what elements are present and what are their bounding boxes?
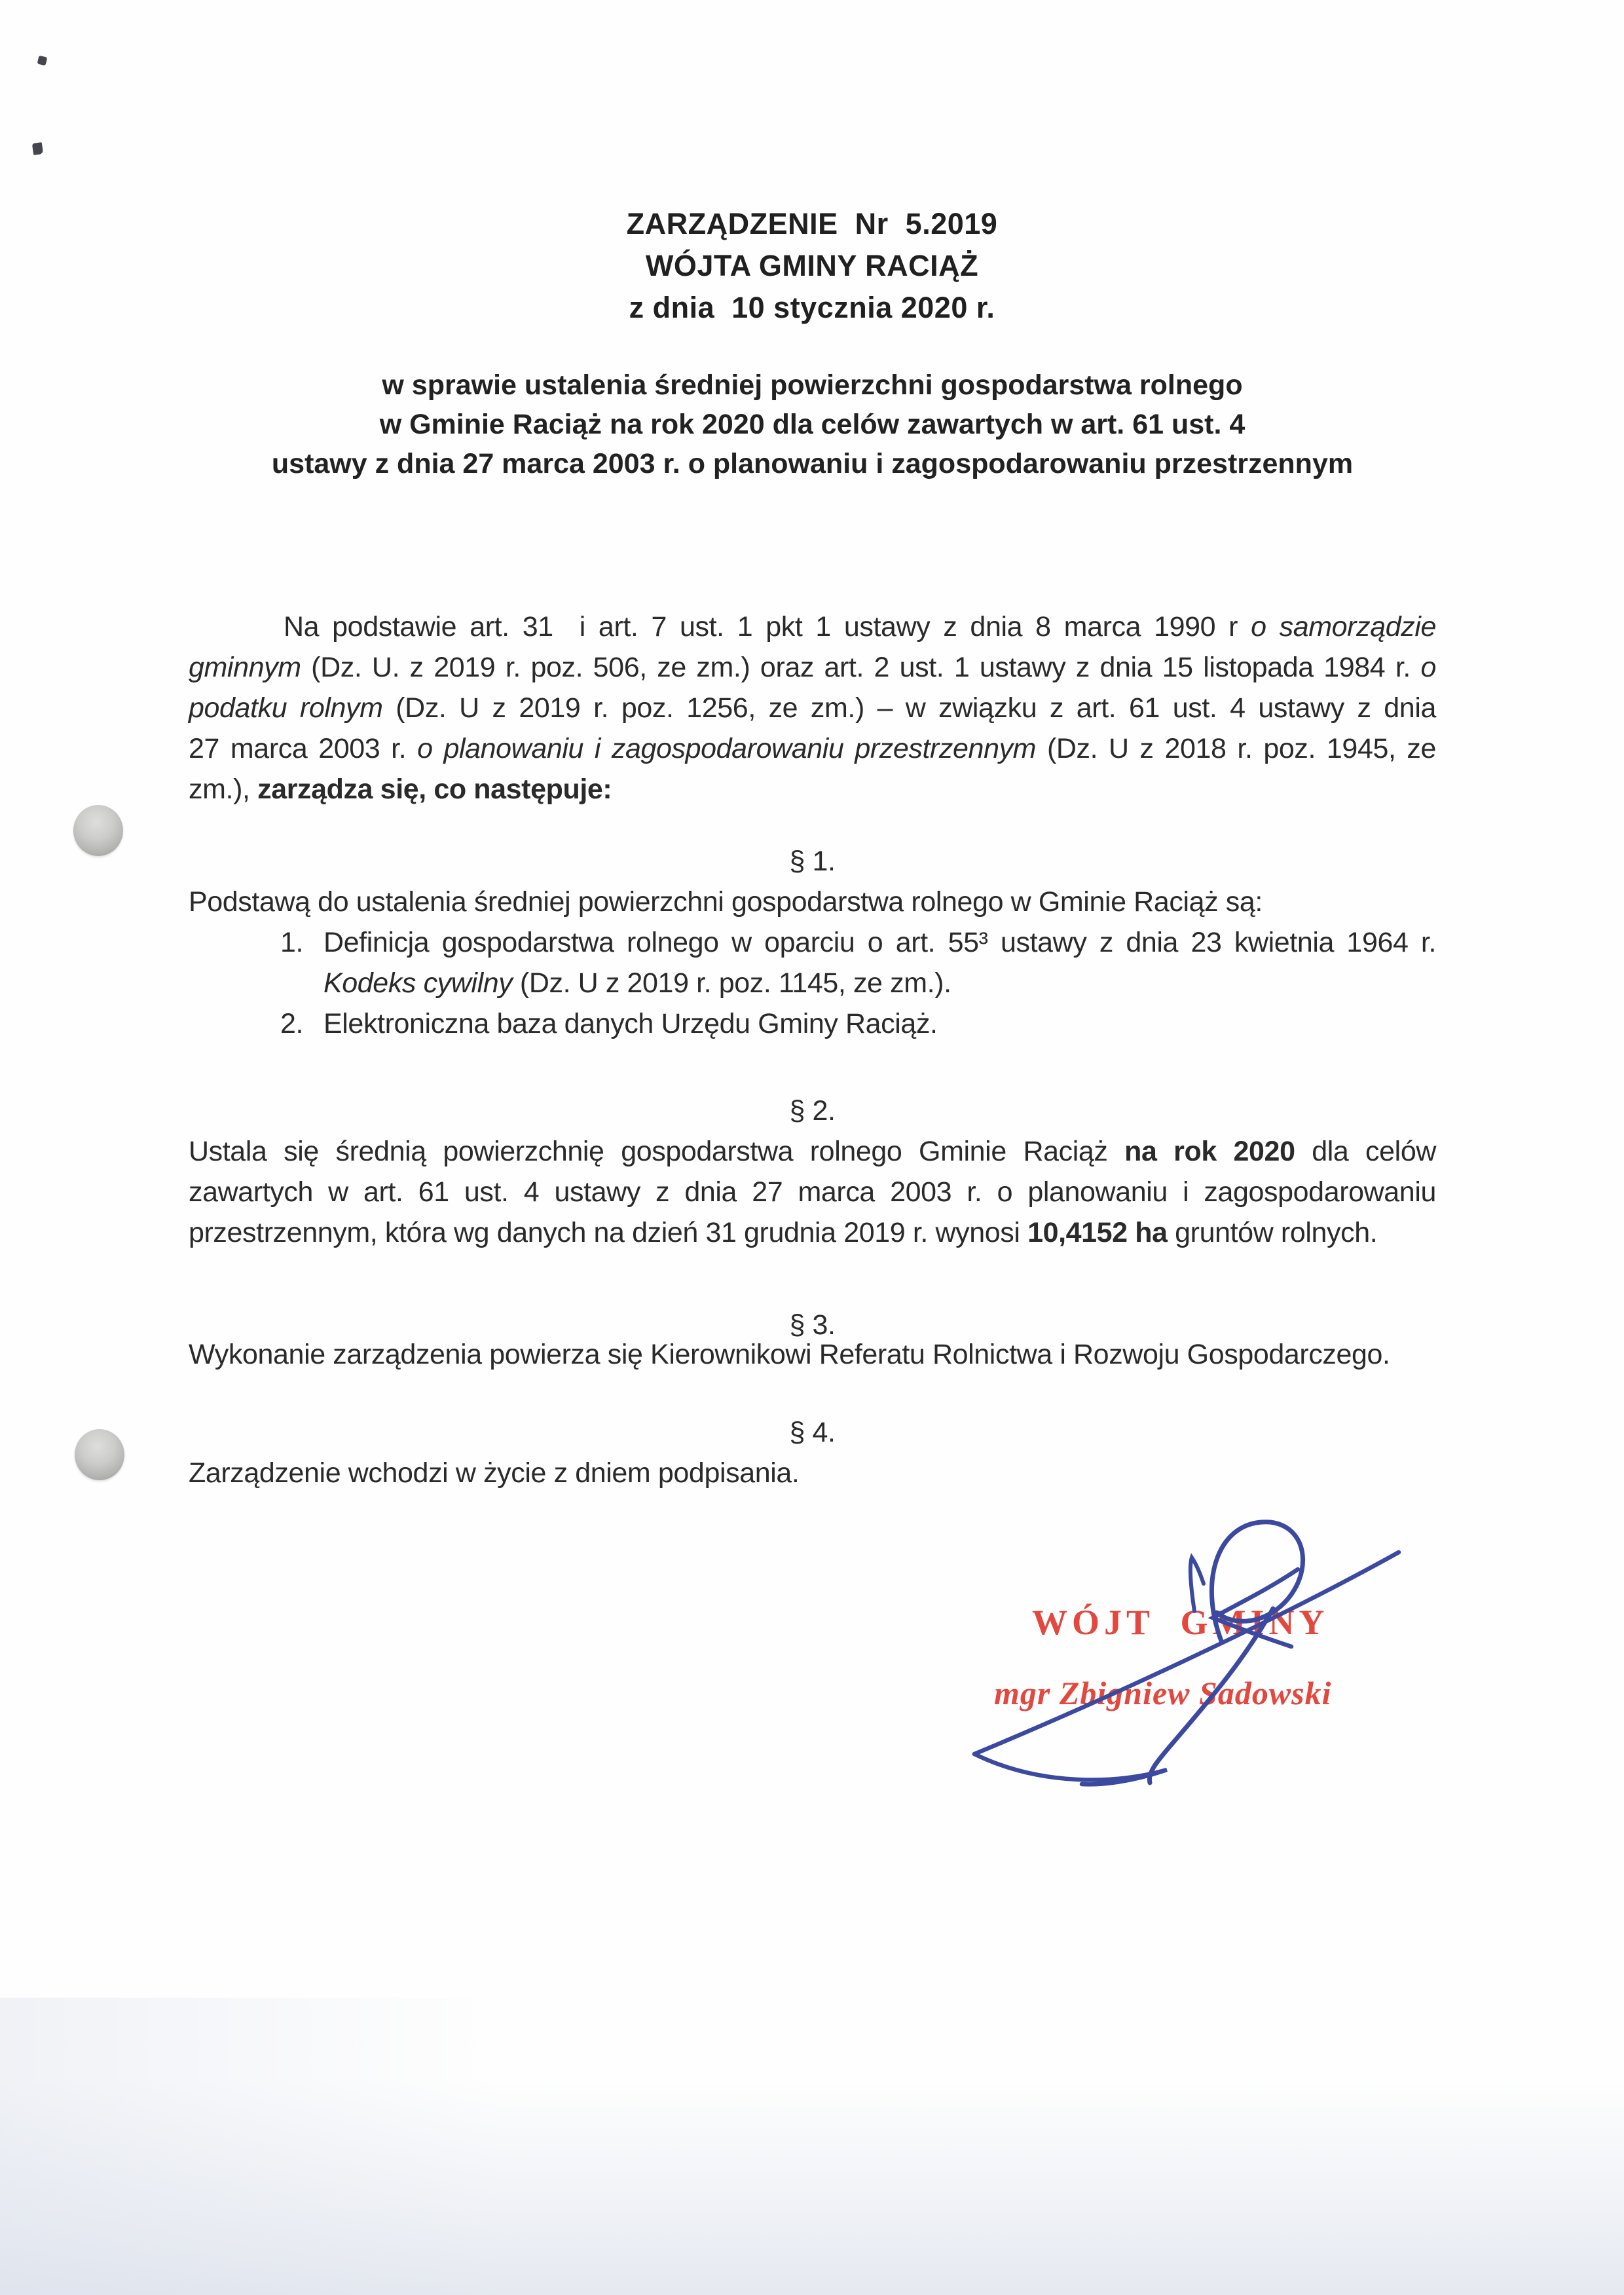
punch-hole-marker	[75, 1429, 124, 1480]
section-2-run: gruntów rolnych.	[1168, 1217, 1378, 1248]
section-1-heading: § 1.	[189, 841, 1436, 882]
issuer-line: WÓJTA GMINY RACIĄŻ	[0, 245, 1624, 287]
subject-line: ustawy z dnia 27 marca 2003 r. o planowa…	[189, 444, 1436, 483]
document-title-block: ZARZĄDZENIE Nr 5.2019 WÓJTA GMINY RACIĄŻ…	[0, 203, 1624, 329]
preamble-paragraph: Na podstawie art. 31 i art. 7 ust. 1 pkt…	[189, 606, 1436, 810]
section-2-run-bold: 10,4152 ha	[1027, 1217, 1168, 1248]
section-3-paragraph: Wykonanie zarządzenia powierza się Kiero…	[189, 1334, 1436, 1375]
section-2-paragraph: Ustala się średnią powierzchnię gospodar…	[189, 1131, 1436, 1253]
subject-line: w sprawie ustalenia średniej powierzchni…	[189, 365, 1436, 405]
preamble-run: (Dz. U. z 2019 r. poz. 506, ze zm.) oraz…	[301, 652, 1421, 683]
list-item-number: 2.	[280, 1003, 323, 1044]
section-1-list: 1. Definicja gospodarstwa rolnego w opar…	[189, 922, 1436, 1044]
date-line: z dnia 10 stycznia 2020 r.	[0, 287, 1624, 329]
document-page: ZARZĄDZENIE Nr 5.2019 WÓJTA GMINY RACIĄŻ…	[0, 0, 1624, 2295]
list-item: 2. Elektroniczna baza danych Urzędu Gmin…	[189, 1003, 1436, 1044]
preamble-run: Na podstawie art. 31 i art. 7 ust. 1 pkt…	[284, 611, 1251, 643]
section-2-run: Ustala się średnią powierzchnię gospodar…	[189, 1136, 1124, 1167]
section-1-intro: Podstawą do ustalenia średniej powierzch…	[189, 882, 1436, 922]
subject-line: w Gminie Raciąż na rok 2020 dla celów za…	[189, 405, 1436, 444]
list-item-text: Definicja gospodarstwa rolnego w oparciu…	[323, 922, 1436, 1003]
scan-speck	[32, 142, 43, 155]
punch-hole-marker	[73, 805, 123, 856]
signature-ink	[917, 1480, 1545, 1821]
preamble-run-bold: zarządza się, co następuje:	[257, 774, 612, 805]
list-run: Definicja gospodarstwa rolnego w oparciu…	[323, 927, 1436, 958]
list-run: (Dz. U z 2019 r. poz. 1145, ze zm.).	[512, 967, 951, 999]
document-subject-block: w sprawie ustalenia średniej powierzchni…	[189, 365, 1436, 483]
preamble-run-italic: o planowaniu i zagospodarowaniu przestrz…	[417, 733, 1036, 764]
ordinance-number-line: ZARZĄDZENIE Nr 5.2019	[0, 203, 1624, 245]
list-item-number: 1.	[280, 922, 323, 963]
list-item-text: Elektroniczna baza danych Urzędu Gminy R…	[323, 1003, 1436, 1044]
section-2-heading: § 2.	[189, 1091, 1436, 1131]
section-4-heading: § 4.	[189, 1412, 1436, 1453]
list-run-italic: Kodeks cywilny	[323, 967, 512, 999]
section-2-run-bold: na rok 2020	[1124, 1136, 1295, 1167]
scan-speck	[37, 56, 48, 66]
signature-block: WÓJT GMINY mgr Zbigniew Sadowski	[917, 1480, 1545, 1821]
scan-shadow	[0, 1998, 498, 2295]
list-item: 1. Definicja gospodarstwa rolnego w opar…	[189, 922, 1436, 1003]
